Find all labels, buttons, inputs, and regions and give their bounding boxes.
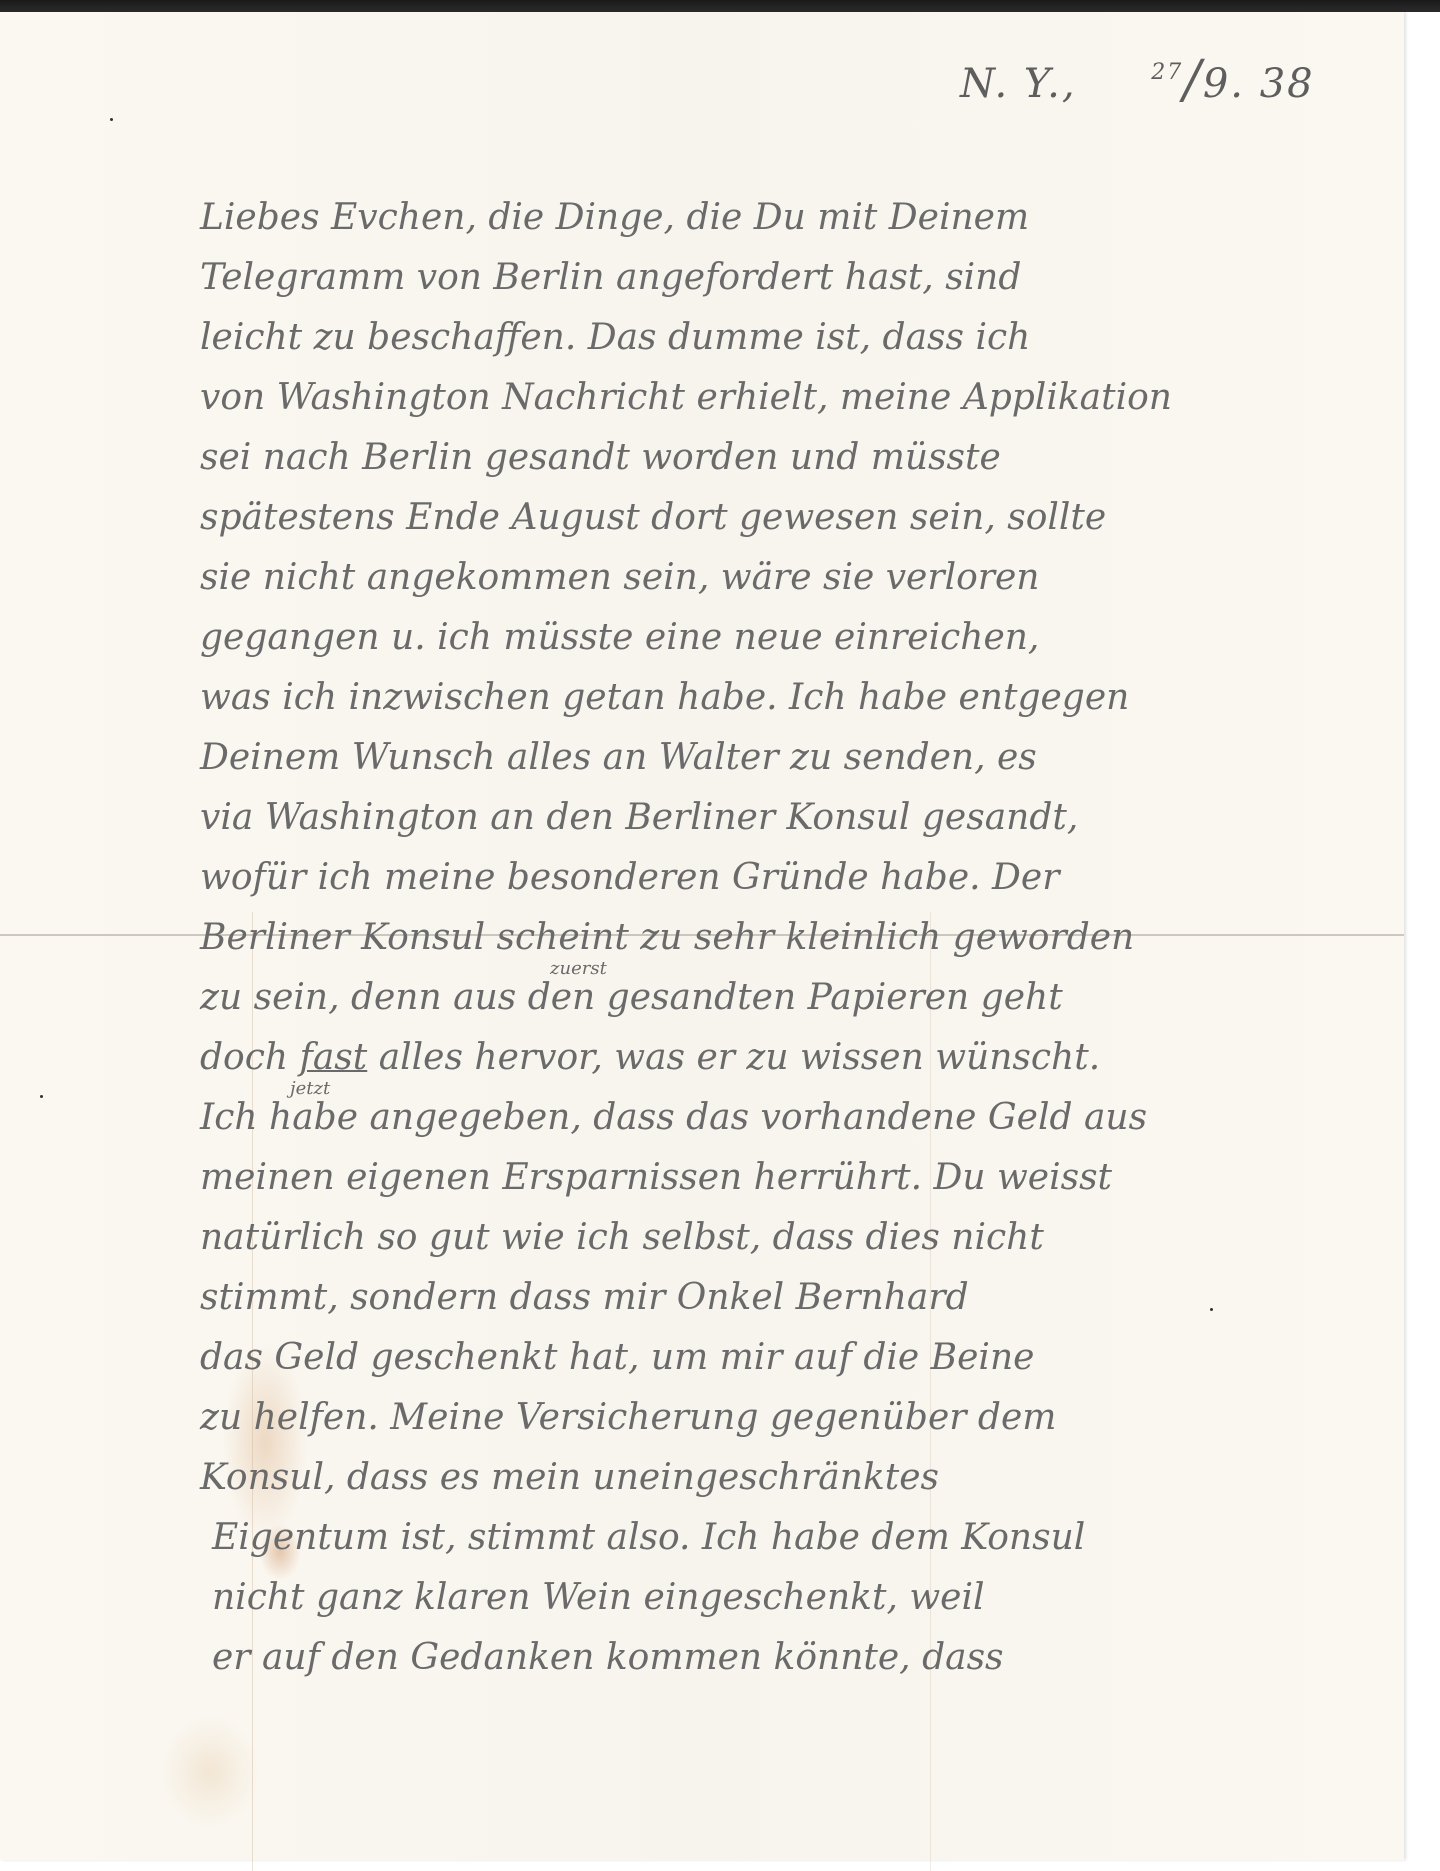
letter-line: via Washington an den Berliner Konsul ge… xyxy=(200,788,1380,848)
letter-line-text: zu sein, denn aus den gesandten Papieren… xyxy=(200,977,1063,1018)
scanner-edge xyxy=(0,0,1440,12)
letter-line-underlined: doch fast alles hervor, was er zu wissen… xyxy=(200,1028,1380,1088)
letter-line-with-insertion: jetzt Ich habe angegeben, dass das vorha… xyxy=(200,1088,1380,1148)
letter-line: leicht zu beschaffen. Das dumme ist, das… xyxy=(200,308,1380,368)
letter-line: meinen eigenen Ersparnissen herrührt. Du… xyxy=(200,1148,1380,1208)
letter-line-with-insertion: zuerst zu sein, denn aus den gesandten P… xyxy=(200,968,1380,1028)
letter-line: wofür ich meine besonderen Gründe habe. … xyxy=(200,848,1380,908)
letter-line: was ich inzwischen getan habe. Ich habe … xyxy=(200,668,1380,728)
letter-line: stimmt, sondern dass mir Onkel Bernhard xyxy=(200,1268,1380,1328)
letter-line: Konsul, dass es mein uneingeschränktes xyxy=(200,1448,1380,1508)
letter-line: Eigentum ist, stimmt also. Ich habe dem … xyxy=(200,1508,1380,1568)
letter-body: Liebes Evchen, die Dinge, die Du mit Dei… xyxy=(200,188,1380,1688)
letter-line: natürlich so gut wie ich selbst, dass di… xyxy=(200,1208,1380,1268)
date-slash: / xyxy=(1183,50,1203,110)
letter-line: zu helfen. Meine Versicherung gegenüber … xyxy=(200,1388,1380,1448)
letter-line: gegangen u. ich müsste eine neue einreic… xyxy=(200,608,1380,668)
inserted-word: jetzt xyxy=(290,1080,330,1098)
letter-place: N. Y., xyxy=(960,61,1077,107)
speck xyxy=(110,118,113,121)
letter-date-month-year: 9. 38 xyxy=(1203,61,1315,107)
letter-line: er auf den Gedanken kommen könnte, dass xyxy=(200,1628,1380,1688)
letter-line: Liebes Evchen, die Dinge, die Du mit Dei… xyxy=(200,188,1380,248)
letter-line: sie nicht angekommen sein, wäre sie verl… xyxy=(200,548,1380,608)
letter-line: spätestens Ende August dort gewesen sein… xyxy=(200,488,1380,548)
letter-date-day: 27 xyxy=(1151,60,1183,85)
letter-line: nicht ganz klaren Wein eingeschenkt, wei… xyxy=(200,1568,1380,1628)
letter-line: Deinem Wunsch alles an Walter zu senden,… xyxy=(200,728,1380,788)
letter-line: Berliner Konsul scheint zu sehr kleinlic… xyxy=(200,908,1380,968)
letter-line: Telegramm von Berlin angefordert hast, s… xyxy=(200,248,1380,308)
letter-line: das Geld geschenkt hat, um mir auf die B… xyxy=(200,1328,1380,1388)
inserted-word: zuerst xyxy=(550,960,607,978)
letter-header: N. Y., 27/9. 38 xyxy=(960,50,1315,110)
underlined-word: fast xyxy=(300,1037,368,1078)
letter-line-text: Ich habe angegeben, dass das vorhandene … xyxy=(200,1097,1147,1138)
letter-line: von Washington Nachricht erhielt, meine … xyxy=(200,368,1380,428)
letter-line: sei nach Berlin gesandt worden und müsst… xyxy=(200,428,1380,488)
speck xyxy=(40,1095,43,1098)
